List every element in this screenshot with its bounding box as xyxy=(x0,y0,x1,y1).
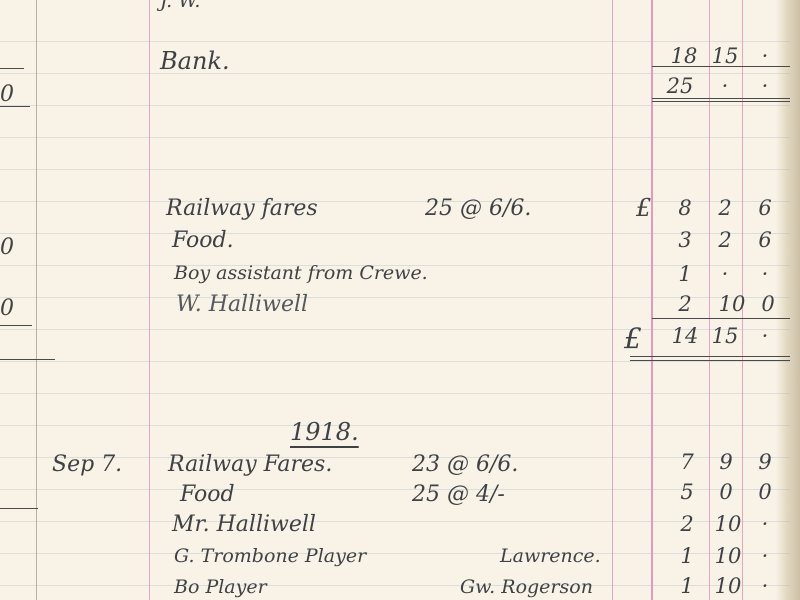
entry-pence: 9 xyxy=(745,450,785,474)
entry-shillings: 10 xyxy=(712,292,752,316)
pound-sign: £ xyxy=(624,322,642,355)
entry-quantity: 23 @ 6/6. xyxy=(412,452,518,477)
entry-shillings: 2 xyxy=(705,196,745,220)
subtotal-rule xyxy=(652,318,790,319)
year-heading: 1918. xyxy=(290,418,359,446)
entry-description: Railway Fares. xyxy=(168,452,332,477)
entry-pence: 0 xyxy=(748,292,788,316)
margin-rule xyxy=(0,325,32,326)
entry-shillings: 0 xyxy=(706,480,746,504)
entry-shillings: 9 xyxy=(706,450,746,474)
entry-description: Mr. Halliwell xyxy=(172,512,316,537)
entry-description: G. Trombone Player xyxy=(174,545,366,567)
entry-description: W. Halliwell xyxy=(176,292,308,317)
entry-pounds: 5 xyxy=(667,480,707,504)
entry-date: Sep 7. xyxy=(52,452,122,477)
entry-quantity: 25 @ 6/6. xyxy=(425,196,531,221)
entry-description: Bo Player xyxy=(174,576,267,598)
entry-pence: 0 xyxy=(745,480,785,504)
entry-pounds: 1 xyxy=(667,544,707,568)
total-shillings: 15 xyxy=(705,324,745,348)
subtotal-rule xyxy=(652,66,790,67)
entry-shillings: 2 xyxy=(705,228,745,252)
entry-description: Food. xyxy=(172,228,234,253)
left-page-column-rule xyxy=(36,0,37,600)
margin-fragment: 0 xyxy=(0,235,14,260)
entry-shillings: 10 xyxy=(708,574,748,598)
description-column-rule xyxy=(612,0,613,600)
entry-quantity: Gw. Rogerson xyxy=(460,576,593,598)
date-column-rule xyxy=(149,0,150,600)
margin-rule xyxy=(0,106,30,107)
entry-pounds: 7 xyxy=(667,450,707,474)
pound-sign: £ xyxy=(636,194,651,222)
entry-pounds: 1 xyxy=(665,262,705,286)
pounds-column-rule xyxy=(651,0,653,600)
total-pence: · xyxy=(745,324,785,348)
entry-pence: · xyxy=(745,44,785,68)
margin-rule xyxy=(0,359,55,360)
entry-pence: · xyxy=(745,262,785,286)
total-double-rule xyxy=(652,101,790,102)
entry-pence: 6 xyxy=(745,228,785,252)
total-rule xyxy=(630,356,790,357)
entry-shillings: 15 xyxy=(705,44,745,68)
margin-fragment: 0 xyxy=(0,296,14,321)
entry-pounds: 8 xyxy=(665,196,705,220)
entry-shillings: 10 xyxy=(708,544,748,568)
total-pounds: 14 xyxy=(665,324,705,348)
entry-description: Railway fares xyxy=(166,196,318,221)
entry-pounds: 1 xyxy=(667,574,707,598)
entry-pence: 6 xyxy=(745,196,785,220)
entry-pounds: 2 xyxy=(665,292,705,316)
total-double-rule xyxy=(630,360,790,361)
entry-pence: · xyxy=(745,512,785,536)
total-shillings: · xyxy=(705,74,745,98)
ledger-page: 0 0 0 J. W. Bank. 18 15 · 25 · · Railway… xyxy=(0,0,800,600)
entry-quantity: 25 @ 4/- xyxy=(412,482,505,507)
entry-pence: · xyxy=(745,574,785,598)
entry-description: Food xyxy=(180,482,235,507)
top-fragment-text: J. W. xyxy=(160,0,200,12)
entry-shillings: 10 xyxy=(708,512,748,536)
total-pounds: 25 xyxy=(660,74,700,98)
entry-pence: · xyxy=(745,544,785,568)
entry-pounds: 3 xyxy=(665,228,705,252)
total-rule xyxy=(652,98,790,99)
entry-description: Bank. xyxy=(160,47,230,75)
entry-pounds: 2 xyxy=(667,512,707,536)
margin-rule xyxy=(0,68,24,69)
entry-quantity: Lawrence. xyxy=(500,545,601,567)
total-pence: · xyxy=(745,74,785,98)
entry-shillings: · xyxy=(705,262,745,286)
entry-description: Boy assistant from Crewe. xyxy=(174,262,428,284)
margin-fragment: 0 xyxy=(0,82,14,107)
entry-pounds: 18 xyxy=(664,44,704,68)
margin-rule xyxy=(0,508,38,509)
